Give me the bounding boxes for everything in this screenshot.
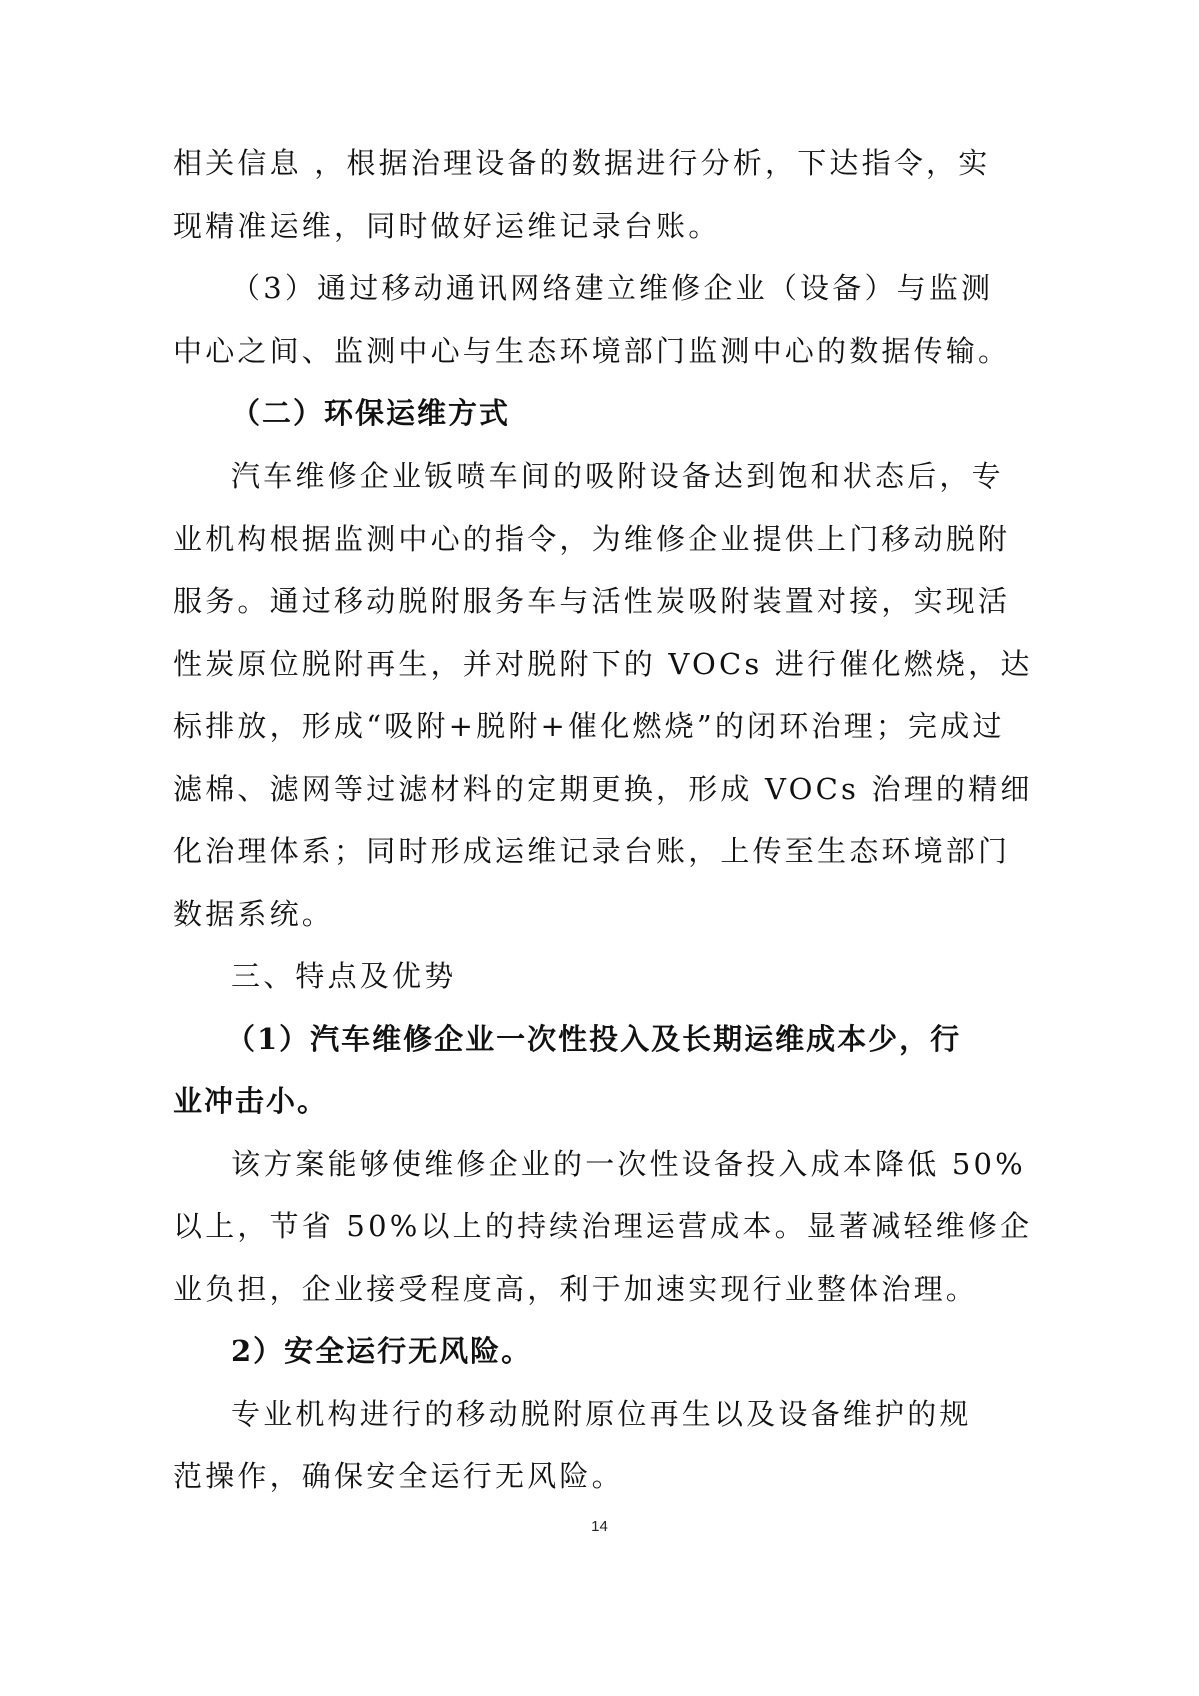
paragraph-line: 范操作，确保安全运行无风险。: [173, 1456, 943, 1496]
paragraph-line: 服务。通过移动脱附服务车与活性炭吸附装置对接，实现活: [173, 581, 943, 621]
paragraph-line: 汽车维修企业钣喷车间的吸附设备达到饱和状态后，专: [231, 456, 943, 496]
subsection-heading: 业冲击小。: [173, 1081, 943, 1121]
paragraph-line: 中心之间、监测中心与生态环境部门监测中心的数据传输。: [173, 331, 943, 371]
section-heading: 三、特点及优势: [231, 956, 943, 996]
subsection-heading: 2）安全运行无风险。: [231, 1331, 943, 1371]
subsection-heading: （1）汽车维修企业一次性投入及长期运维成本少，行: [226, 1019, 938, 1059]
paragraph-line: （3）通过移动通讯网络建立维修企业（设备）与监测: [231, 268, 943, 308]
paragraph-line: 业机构根据监测中心的指令，为维修企业提供上门移动脱附: [173, 519, 943, 559]
document-page: 相关信息 ，根据治理设备的数据进行分析，下达指令，实 现精准运维，同时做好运维记…: [0, 0, 1199, 1696]
paragraph-line: 滤棉、滤网等过滤材料的定期更换，形成 VOCs 治理的精细: [173, 769, 943, 809]
paragraph-line: 数据系统。: [173, 894, 943, 934]
paragraph-line: 性炭原位脱附再生，并对脱附下的 VOCs 进行催化燃烧，达: [173, 644, 943, 684]
paragraph-line: 专业机构进行的移动脱附原位再生以及设备维护的规: [231, 1394, 943, 1434]
paragraph-line: 相关信息 ，根据治理设备的数据进行分析，下达指令，实: [173, 143, 943, 183]
paragraph-line: 化治理体系；同时形成运维记录台账，上传至生态环境部门: [173, 831, 943, 871]
paragraph-line: 现精准运维，同时做好运维记录台账。: [173, 206, 943, 246]
page-number: 14: [0, 1518, 1199, 1535]
paragraph-line: 业负担，企业接受程度高，利于加速实现行业整体治理。: [173, 1269, 943, 1309]
paragraph-line: 该方案能够使维修企业的一次性设备投入成本降低 50%: [231, 1144, 943, 1184]
paragraph-line: 标排放，形成“吸附+脱附+催化燃烧”的闭环治理；完成过: [173, 706, 943, 746]
paragraph-line: 以上，节省 50%以上的持续治理运营成本。显著减轻维修企: [173, 1206, 943, 1246]
subsection-heading: （二）环保运维方式: [231, 393, 943, 433]
